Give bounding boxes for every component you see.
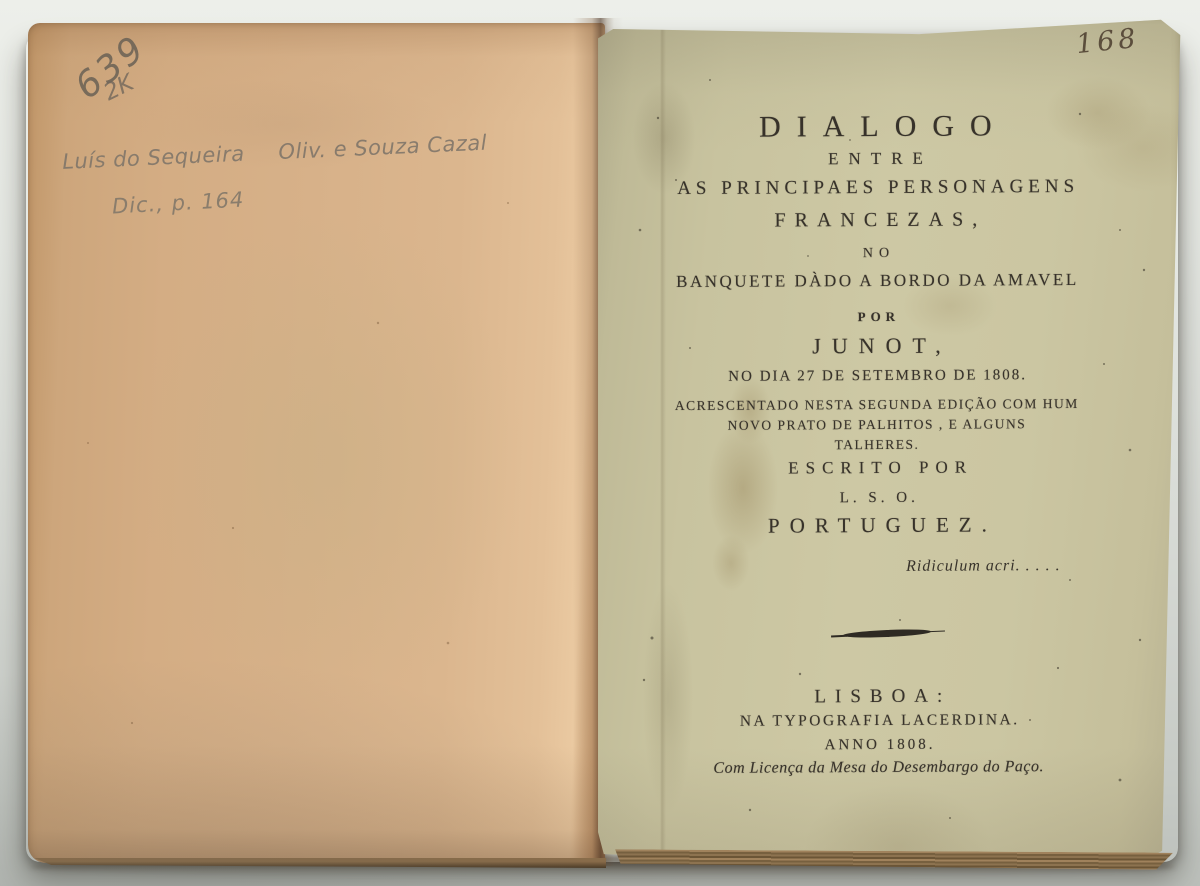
imprint-printer: NA TYPOGRAFIA LACERDINA. [599, 711, 1157, 732]
owner-inscription: Luís do SequeiraOliv. e Souza Cazal [62, 128, 543, 174]
imprint-city: LISBOA: [599, 685, 1157, 710]
edition-note: ACRESCENTADO NESTA SEGUNDA EDIÇÃO COM HU… [598, 394, 1156, 457]
title-line-personagens: AS PRINCIPAES PERSONAGENS [597, 176, 1155, 201]
printed-text-block: DIALOGO ENTRE AS PRINCIPAES PERSONAGENS … [596, 17, 1158, 868]
title-page: 168 DIALOGO ENTRE AS PRINCIPAES PERSONAG… [598, 18, 1182, 866]
book-title: DIALOGO [596, 109, 1154, 146]
title-line-no: NO [597, 245, 1155, 264]
edition-note-line3: TALHERES. [598, 434, 1156, 457]
byline-escrito-por: ESCRITO POR [598, 457, 1156, 480]
inscription-gap [245, 159, 279, 161]
imprint-license: Com Licença da Mesa do Desembargo do Paç… [600, 758, 1158, 779]
inscription-reference: Dic., p. 164 [111, 188, 244, 219]
inscription-name-part2: Oliv. e Souza Cazal [278, 131, 488, 164]
title-line-entre: ENTRE [596, 148, 1154, 171]
left-page: 639 2K Luís do SequeiraOliv. e Souza Caz… [28, 23, 605, 863]
title-line-date: NO DIA 27 DE SETEMBRO DE 1808. [598, 367, 1156, 387]
photograph-of-open-book: 639 2K Luís do SequeiraOliv. e Souza Caz… [0, 0, 1200, 886]
epigraph: Ridiculum acri. . . . . [906, 557, 1061, 576]
title-line-banquete: BANQUETE DÀDO A BORDO DA AMAVEL [597, 270, 1155, 293]
author-initials: L. S. O. [598, 489, 1156, 509]
title-line-junot: JUNOT, [597, 332, 1155, 361]
inscription-name-part1: Luís do Sequeira [62, 142, 245, 174]
edition-note-line1: ACRESCENTADO NESTA SEGUNDA EDIÇÃO COM HU… [598, 394, 1156, 417]
title-line-francezas: FRANCEZAS, [597, 208, 1155, 234]
author-nationality: PORTUGUEZ. [598, 512, 1156, 540]
title-line-por: POR [597, 308, 1155, 327]
imprint-year: ANNO 1808. [600, 736, 1158, 756]
